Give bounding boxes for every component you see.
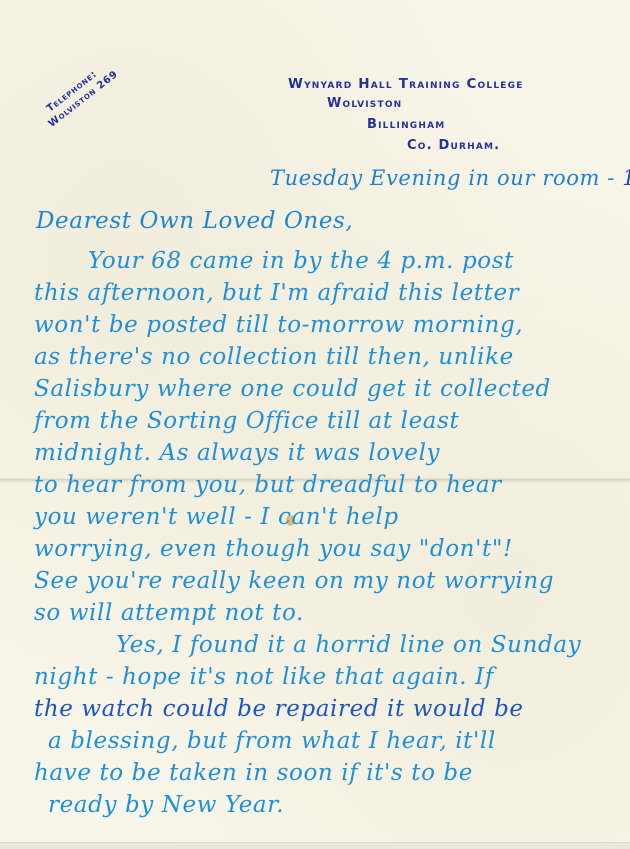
telephone-label: Telephone: (44, 36, 140, 115)
letterhead-town: Wolviston (327, 96, 402, 111)
letter-line: ready by New Year. (48, 792, 284, 818)
letter-line: you weren't well - I can't help (34, 504, 399, 530)
letter-line: as there's no collection till then, unli… (34, 344, 514, 370)
letter-line: Salisbury where one could get it collect… (34, 376, 551, 402)
letter-date-line: Tuesday Evening in our room - 15.11.49 (270, 166, 630, 190)
letter-line: worrying, even though you say "don't"! (34, 536, 513, 562)
letter-line: night - hope it's not like that again. I… (34, 664, 494, 690)
letter-line: a blessing, but from what I hear, it'll (48, 728, 496, 754)
paper-bottom-edge (0, 842, 630, 849)
letter-line: won't be posted till to-morrow morning, (34, 312, 523, 338)
letterhead-city: Billingham (367, 117, 445, 132)
letter-line: midnight. As always it was lovely (34, 440, 440, 466)
letter-line: Yes, I found it a horrid line on Sunday (116, 632, 581, 658)
letter-line: See you're really keen on my not worryin… (34, 568, 554, 594)
telephone-number: Wolviston 269 (46, 46, 149, 130)
date-prefix: Tuesday Evening in our room - (270, 166, 622, 190)
letterhead-telephone: Telephone: Wolviston 269 (38, 36, 149, 130)
letter-line: have to be taken in soon if it's to be (34, 760, 473, 786)
letter-line: this afternoon, but I'm afraid this lett… (34, 280, 519, 306)
letter-page: Wynyard Hall Training College Wolviston … (0, 0, 630, 849)
letter-line: to hear from you, but dreadful to hear (34, 472, 502, 498)
letter-line: Your 68 came in by the 4 p.m. post (88, 248, 514, 274)
letter-line: the watch could be repaired it would be (34, 696, 524, 722)
letter-date: 15.11.49 (622, 166, 630, 190)
letterhead-county: Co. Durham. (407, 138, 500, 153)
letterhead-college: Wynyard Hall Training College (288, 76, 524, 92)
letter-line: so will attempt not to. (34, 600, 304, 626)
letter-line: from the Sorting Office till at least (34, 408, 459, 434)
letter-salutation: Dearest Own Loved Ones, (36, 208, 353, 234)
